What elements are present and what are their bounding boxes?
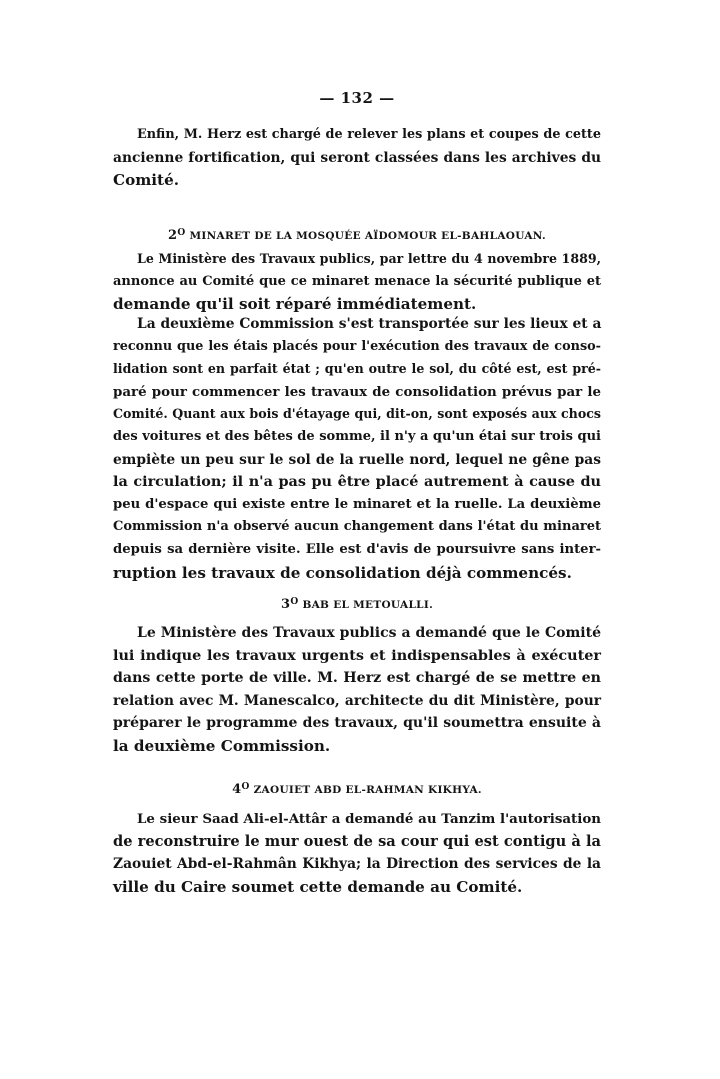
section-title: Minaret de la Mosquée Aïdomour el-Bahlao… xyxy=(189,230,546,242)
text-line: ruption les travaux de consolidation déj… xyxy=(113,562,601,585)
intro-paragraph: Enfin, M. Herz est chargé de relever les… xyxy=(113,124,601,192)
text-line: préparer le programme des travaux, qu'il… xyxy=(113,712,601,735)
section-number: 3 xyxy=(281,597,290,612)
section-2-paragraph-1: Le Ministère des Travaux publics, par le… xyxy=(113,248,601,316)
text-line: Le sieur Saad Ali-el-Attâr a demandé au … xyxy=(113,808,601,831)
text-line: Commission n'a observé aucun changement … xyxy=(113,516,601,539)
text-line: paré pour commencer les travaux de conso… xyxy=(113,381,601,404)
text-line: la circulation; il n'a pas pu être placé… xyxy=(113,471,601,494)
text-line: dans cette porte de ville. M. Herz est c… xyxy=(113,667,601,690)
text-line: relation avec M. Manescalco, architecte … xyxy=(113,690,601,713)
section-heading-2: 2o Minaret de la Mosquée Aïdomour el-Bah… xyxy=(113,228,601,243)
text-line: La deuxième Commission s'est transportée… xyxy=(113,313,601,336)
section-heading-4: 4o Zaouiet Abd el-Rahman Kikhya. xyxy=(113,782,601,797)
text-line: Comité. Quant aux bois d'étayage qui, di… xyxy=(113,403,601,426)
text-line: Le Ministère des Travaux publics, par le… xyxy=(113,248,601,271)
text-line: ville du Caire soumet cette demande au C… xyxy=(113,876,601,899)
text-line: ancienne fortification, qui seront class… xyxy=(113,147,601,170)
text-line: Zaouiet Abd-el-Rahmân Kikhya; la Directi… xyxy=(113,853,601,876)
section-4-paragraph-1: Le sieur Saad Ali-el-Attâr a demandé au … xyxy=(113,808,601,898)
text-line: empiète un peu sur le sol de la ruelle n… xyxy=(113,449,601,472)
section-3-paragraph-1: Le Ministère des Travaux publics a deman… xyxy=(113,622,601,758)
section-2-paragraph-2: La deuxième Commission s'est transportée… xyxy=(113,313,601,584)
degree-mark: o xyxy=(241,782,249,792)
text-line: la deuxième Commission. xyxy=(113,735,601,758)
page-number: — 132 — xyxy=(113,89,601,107)
text-line: Enfin, M. Herz est chargé de relever les… xyxy=(113,124,601,147)
degree-mark: o xyxy=(290,597,298,607)
text-line: depuis sa dernière visite. Elle est d'av… xyxy=(113,539,601,562)
text-line: de reconstruire le mur ouest de sa cour … xyxy=(113,831,601,854)
text-line: Comité. xyxy=(113,169,601,192)
section-heading-3: 3o Bab el Metoualli. xyxy=(113,597,601,612)
section-title: Bab el Metoualli. xyxy=(302,599,433,611)
text-line: peu d'espace qui existe entre le minaret… xyxy=(113,494,601,517)
section-number: 2 xyxy=(168,228,177,243)
text-line: lui indique les travaux urgents et indis… xyxy=(113,645,601,668)
text-line: annonce au Comité que ce minaret menace … xyxy=(113,271,601,294)
section-title: Zaouiet Abd el-Rahman Kikhya. xyxy=(254,784,482,796)
text-line: reconnu que les étais placés pour l'exéc… xyxy=(113,336,601,359)
text-line: des voitures et des bêtes de somme, il n… xyxy=(113,426,601,449)
text-line: lidation sont en parfait état ; qu'en ou… xyxy=(113,358,601,381)
text-line: Le Ministère des Travaux publics a deman… xyxy=(113,622,601,645)
degree-mark: o xyxy=(177,228,185,238)
